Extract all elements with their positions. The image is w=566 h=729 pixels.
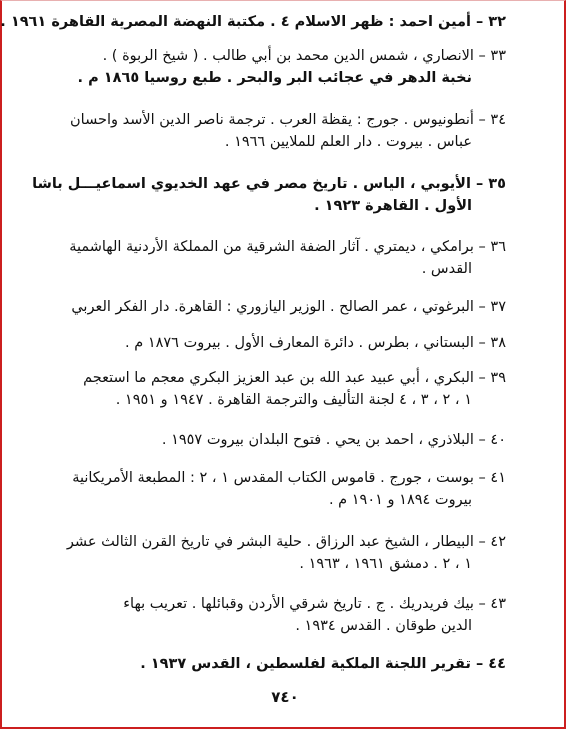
entry-line: الأول . القاهرة ١٩٢٣ .: [82, 195, 506, 217]
entry-line: ٣٤ – أنطونيوس . جورج : يقظة العرب . ترجم…: [82, 109, 506, 131]
bibliography-entry-37: ٣٧ – البرغوتي ، عمر الصالح . الوزير اليا…: [82, 296, 506, 318]
entry-line: ١ ، ٢ . دمشق ١٩٦١ ، ١٩٦٣ .: [82, 553, 506, 575]
bibliography-entry-41: ٤١ – بوست ، جورج . قاموس الكتاب المقدس ١…: [82, 467, 506, 511]
entry-line: ٤٣ – بيك فريدريك . ج . تاريخ شرقي الأردن…: [82, 593, 506, 615]
entry-line: ٣٣ – الانصاري ، شمس الدين محمد بن أبي طا…: [82, 45, 506, 67]
entry-line: ٣٦ – برامكي ، ديمتري . آثار الضفة الشرقي…: [82, 236, 506, 258]
bibliography-entry-33: ٣٣ – الانصاري ، شمس الدين محمد بن أبي طا…: [82, 45, 506, 89]
bibliography-entry-36: ٣٦ – برامكي ، ديمتري . آثار الضفة الشرقي…: [82, 236, 506, 280]
entry-line: ٤٠ – البلاذري ، احمد بن يحي . فتوح البلد…: [82, 429, 506, 451]
bibliography-entry-42: ٤٢ – البيطار ، الشيخ عبد الرزاق . حلية ا…: [82, 531, 506, 575]
bibliography-entry-43: ٤٣ – بيك فريدريك . ج . تاريخ شرقي الأردن…: [82, 593, 506, 637]
entry-line: ٤٢ – البيطار ، الشيخ عبد الرزاق . حلية ا…: [82, 531, 506, 553]
entry-line: الدين طوقان . القدس ١٩٣٤ .: [82, 615, 506, 637]
entry-line: ٣٢ – أمين احمد : ظهر الاسلام ٤ . مكتبة ا…: [82, 11, 506, 33]
entry-line: ٣٥ – الأيوبي ، الياس . تاريخ مصر في عهد …: [82, 173, 506, 195]
entry-line: القدس .: [82, 258, 506, 280]
bibliography-entry-44: ٤٤ – تقرير اللجنة الملكية لفلسطين ، القد…: [82, 653, 506, 675]
page-frame: ٣٢ – أمين احمد : ظهر الاسلام ٤ . مكتبة ا…: [0, 0, 566, 729]
bibliography-entry-34: ٣٤ – أنطونيوس . جورج : يقظة العرب . ترجم…: [82, 109, 506, 153]
entry-line: ١ ، ٢ ، ٣ ، ٤ لجنة التأليف والترجمة القا…: [82, 389, 506, 411]
bibliography-entry-38: ٣٨ – البستاني ، بطرس . دائرة المعارف الأ…: [82, 332, 506, 354]
entry-line: ٤١ – بوست ، جورج . قاموس الكتاب المقدس ١…: [82, 467, 506, 489]
bibliography-entry-32: ٣٢ – أمين احمد : ظهر الاسلام ٤ . مكتبة ا…: [82, 11, 506, 33]
entry-line: ٣٩ – البكري ، أبي عبيد عبد الله بن عبد ا…: [82, 367, 506, 389]
entry-line: ٣٧ – البرغوتي ، عمر الصالح . الوزير اليا…: [82, 296, 506, 318]
page-number: ٧٤٠: [2, 688, 566, 706]
entry-line: بيروت ١٨٩٤ و ١٩٠١ م .: [82, 489, 506, 511]
entry-line: عباس . بيروت . دار العلم للملايين ١٩٦٦ .: [82, 131, 506, 153]
entry-line: نخبة الدهر في عجائب البر والبحر . طبع رو…: [82, 67, 506, 89]
bibliography-entry-39: ٣٩ – البكري ، أبي عبيد عبد الله بن عبد ا…: [82, 367, 506, 411]
bibliography-entry-40: ٤٠ – البلاذري ، احمد بن يحي . فتوح البلد…: [82, 429, 506, 451]
bibliography-entry-35: ٣٥ – الأيوبي ، الياس . تاريخ مصر في عهد …: [82, 173, 506, 217]
entry-line: ٤٤ – تقرير اللجنة الملكية لفلسطين ، القد…: [82, 653, 506, 675]
entry-line: ٣٨ – البستاني ، بطرس . دائرة المعارف الأ…: [82, 332, 506, 354]
